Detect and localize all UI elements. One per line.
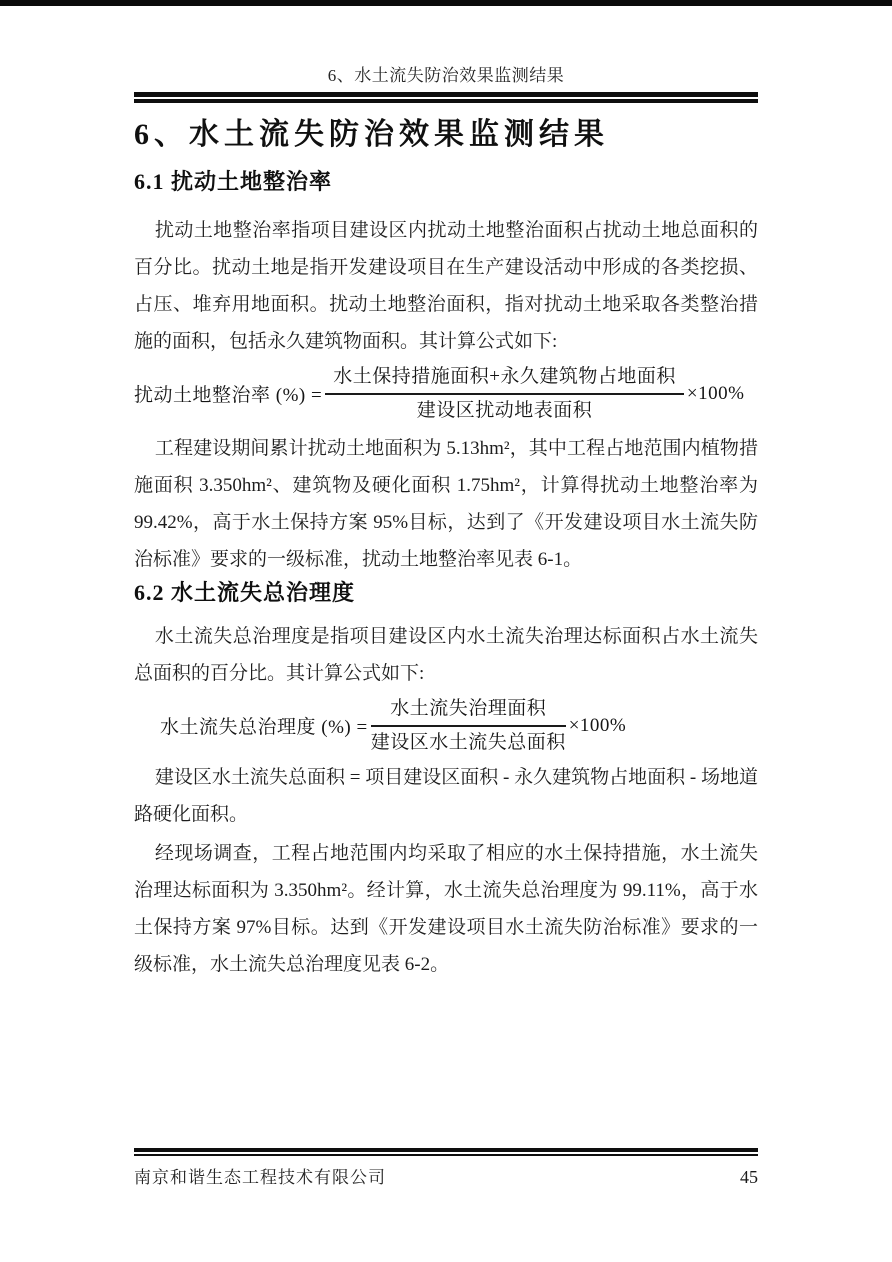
- formula-1-multiplier: ×100%: [687, 383, 745, 405]
- formula-2-denominator: 建设区水土流失总面积: [371, 727, 566, 757]
- formula-2-numerator: 水土流失治理面积: [371, 694, 566, 727]
- formula-2-multiplier: ×100%: [569, 715, 627, 737]
- section-6-2-definition-paragraph: 建设区水土流失总面积 = 项目建设区面积 - 永久建筑物占地面积 - 场地道路硬…: [134, 759, 758, 833]
- formula-1-numerator: 水土保持措施面积+永久建筑物占地面积: [325, 362, 684, 395]
- footer-row: 南京和谐生态工程技术有限公司 45: [134, 1163, 758, 1188]
- formula-disturbed-land-rehabilitation-rate: 扰动土地整治率 (%) = 水土保持措施面积+永久建筑物占地面积 建设区扰动地表…: [134, 362, 758, 425]
- formula-1-lhs: 扰动土地整治率 (%) =: [134, 380, 322, 407]
- formula-2-lhs: 水土流失总治理度 (%) =: [160, 712, 368, 739]
- section-6-2-heading: 6.2 水土流失总治理度: [134, 578, 758, 608]
- section-6-1-heading: 6.1 扰动土地整治率: [134, 167, 758, 197]
- section-6-1-result-paragraph: 工程建设期间累计扰动土地面积为 5.13hm²，其中工程占地范围内植物措施面积 …: [134, 430, 758, 578]
- section-6-2-result-paragraph: 经现场调查，工程占地范围内均采取了相应的水土保持措施，水土流失治理达标面积为 3…: [134, 835, 758, 983]
- formula-1-denominator: 建设区扰动地表面积: [325, 395, 684, 425]
- formula-1-fraction: 水土保持措施面积+永久建筑物占地面积 建设区扰动地表面积: [325, 362, 684, 425]
- footer-company-name: 南京和谐生态工程技术有限公司: [134, 1163, 386, 1188]
- formula-erosion-control-degree: 水土流失总治理度 (%) = 水土流失治理面积 建设区水土流失总面积 ×100%: [160, 694, 758, 757]
- section-6-2-intro-paragraph: 水土流失总治理度是指项目建设区内水土流失治理达标面积占水土流失总面积的百分比。其…: [134, 618, 758, 692]
- page-number: 45: [740, 1167, 758, 1188]
- formula-2-fraction: 水土流失治理面积 建设区水土流失总面积: [371, 694, 566, 757]
- header-rule: [134, 92, 758, 103]
- section-6-1-intro-paragraph: 扰动土地整治率指项目建设区内扰动土地整治面积占扰动土地总面积的百分比。扰动土地是…: [134, 212, 758, 360]
- document-page: 6、水土流失防治效果监测结果 6、水土流失防治效果监测结果 6.1 扰动土地整治…: [134, 0, 758, 983]
- footer-rule: [134, 1148, 758, 1156]
- page-footer: 南京和谐生态工程技术有限公司 45: [134, 1148, 758, 1188]
- running-header: 6、水土流失防治效果监测结果: [134, 64, 758, 88]
- chapter-title: 6、水土流失防治效果监测结果: [134, 115, 758, 155]
